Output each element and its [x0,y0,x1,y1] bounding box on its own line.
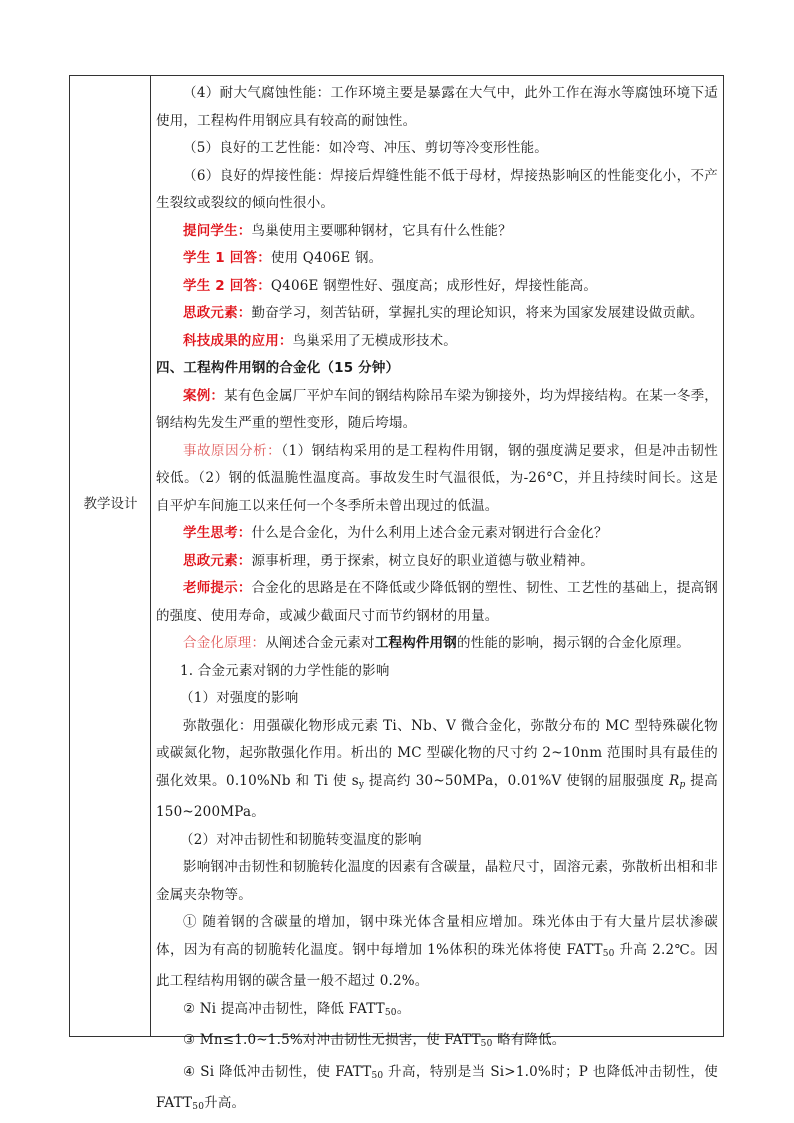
principle-text-pre: 从阐述合金元素对 [265,635,375,651]
think-label: 学生思考： [183,525,252,541]
cause-paragraph: 事故原因分析：（1）钢结构采用的是工程构件用钢，钢的强度满足要求，但是冲击韧性较… [156,438,718,521]
row-label: 教学设计 [70,494,151,514]
hint-paragraph: 老师提示：合金化的思路是在不降低或少降低钢的塑性、韧性、工艺性的基础上，提高钢的… [156,575,718,630]
answer1-text: 使用 Q406E 钢。 [271,250,382,266]
item3-text-b: 略有降低。 [493,1032,566,1048]
left-column: 教学设计 [70,76,151,1036]
lesson-table: 教学设计 （4）耐大气腐蚀性能：工作环境主要是暴露在大气中，此外工作在海水等腐蚀… [69,75,724,1037]
tech-label: 科技成果的应用： [183,333,293,349]
tech-paragraph: 科技成果的应用：鸟巢采用了无模成形技术。 [156,328,718,356]
item4-paragraph: ④ Si 降低冲击韧性，使 FATT50 升高，特别是当 Si>1.0%时；P … [156,1059,718,1122]
principle-text-post: 的性能的影响，揭示钢的合金化原理。 [457,635,690,651]
item3-paragraph: ③ Mn≤1.0~1.5%对冲击韧性无损害，使 FATT50 略有降低。 [156,1027,718,1059]
answer2-label: 学生 2 回答： [183,278,271,294]
think-text: 什么是合金化，为什么利用上述合金元素对钢进行合金化？ [252,525,608,541]
case-label: 案例： [183,388,224,404]
answer1-label: 学生 1 回答： [183,250,271,266]
principle-paragraph: 合金化原理：从阐述合金元素对工程构件用钢的性能的影响，揭示钢的合金化原理。 [156,630,718,658]
cause-label: 事故原因分析： [183,443,281,459]
answer1-paragraph: 学生 1 回答：使用 Q406E 钢。 [156,245,718,273]
paragraph-process: （5）良好的工艺性能：如冷弯、冲压、剪切等冷变形性能。 [156,135,718,163]
subsection1-title: 1. 合金元素对钢的力学性能的影响 [156,658,718,686]
think-paragraph: 学生思考：什么是合金化，为什么利用上述合金元素对钢进行合金化？ [156,520,718,548]
item1-paragraph: ① 随着钢的含碳量的增加，钢中珠光体含量相应增加。珠光体由于有大量片层状渗碳体，… [156,909,718,996]
fatt-subscript: 50 [192,1102,204,1112]
question-label: 提问学生： [183,223,252,239]
dispersion-text-b: 提高约 30~50MPa，0.01%V 使钢的屈服强度 [364,773,669,789]
item4-text-a: ④ Si 降低冲击韧性，使 FATT [183,1064,371,1080]
section4-title: 四、工程构件用钢的合金化（15 分钟） [156,355,718,383]
item2-text-b: 。 [397,1001,411,1017]
tech-text: 鸟巢采用了无模成形技术。 [293,333,457,349]
item2-paragraph: ② Ni 提高冲击韧性，降低 FATT50。 [156,996,718,1028]
rp-symbol: R [669,773,679,789]
strength-subtitle: （1）对强度的影响 [156,685,718,713]
ideology1-paragraph: 思政元素：勤奋学习，刻苦钻研，掌握扎实的理论知识，将来为国家发展建设做贡献。 [156,300,718,328]
fatt-subscript: 50 [481,1039,493,1049]
paragraph-corrosion: （4）耐大气腐蚀性能：工作环境主要是暴露在大气中，此外工作在海水等腐蚀环境下适使… [156,80,718,135]
principle-label: 合金化原理： [183,635,265,651]
toughness-paragraph: 影响钢冲击韧性和韧脆转化温度的因素有含碳量，晶粒尺寸，固溶元素，弥散析出相和非金… [156,854,718,909]
question-text: 鸟巢使用主要哪种钢材，它具有什么性能？ [252,223,512,239]
paragraph-welding: （6）良好的焊接性能：焊接后焊缝性能不低于母材，焊接热影响区的性能变化小，不产生… [156,163,718,218]
content-cell: （4）耐大气腐蚀性能：工作环境主要是暴露在大气中，此外工作在海水等腐蚀环境下适使… [156,80,718,1122]
fatt-subscript: 50 [385,1008,397,1018]
ideology2-text: 源事析理，勇于探索，树立良好的职业道德与敬业精神。 [252,553,595,569]
fatt-subscript: 50 [603,949,615,959]
answer2-text: Q406E 钢塑性好、强度高；成形性好，焊接性能高。 [271,278,597,294]
item4-text-c: 升高。 [204,1095,245,1111]
fatt-subscript: 50 [371,1071,383,1081]
hint-label: 老师提示： [183,580,252,596]
toughness-subtitle: （2）对冲击韧性和韧脆转变温度的影响 [156,827,718,855]
case-text: 某有色金属厂平炉车间的钢结构除吊车梁为铆接外，均为焊接结构。在某一冬季，钢结构先… [156,388,718,432]
answer2-paragraph: 学生 2 回答：Q406E 钢塑性好、强度高；成形性好，焊接性能高。 [156,273,718,301]
dispersion-paragraph: 弥散强化：用强碳化物形成元素 Ti、Nb、V 微合金化，弥散分布的 MC 型特殊… [156,713,718,827]
principle-bold: 工程构件用钢 [375,635,457,651]
ideology2-label: 思政元素： [183,553,252,569]
ideology1-text: 勤奋学习，刻苦钻研，掌握扎实的理论知识，将来为国家发展建设做贡献。 [252,305,704,321]
item2-text-a: ② Ni 提高冲击韧性，降低 FATT [183,1001,385,1017]
ideology2-paragraph: 思政元素：源事析理，勇于探索，树立良好的职业道德与敬业精神。 [156,548,718,576]
question-paragraph: 提问学生：鸟巢使用主要哪种钢材，它具有什么性能？ [156,218,718,246]
item3-text-a: ③ Mn≤1.0~1.5%对冲击韧性无损害，使 FATT [183,1032,481,1048]
case-paragraph: 案例：某有色金属厂平炉车间的钢结构除吊车梁为铆接外，均为焊接结构。在某一冬季，钢… [156,383,718,438]
ideology1-label: 思政元素： [183,305,252,321]
